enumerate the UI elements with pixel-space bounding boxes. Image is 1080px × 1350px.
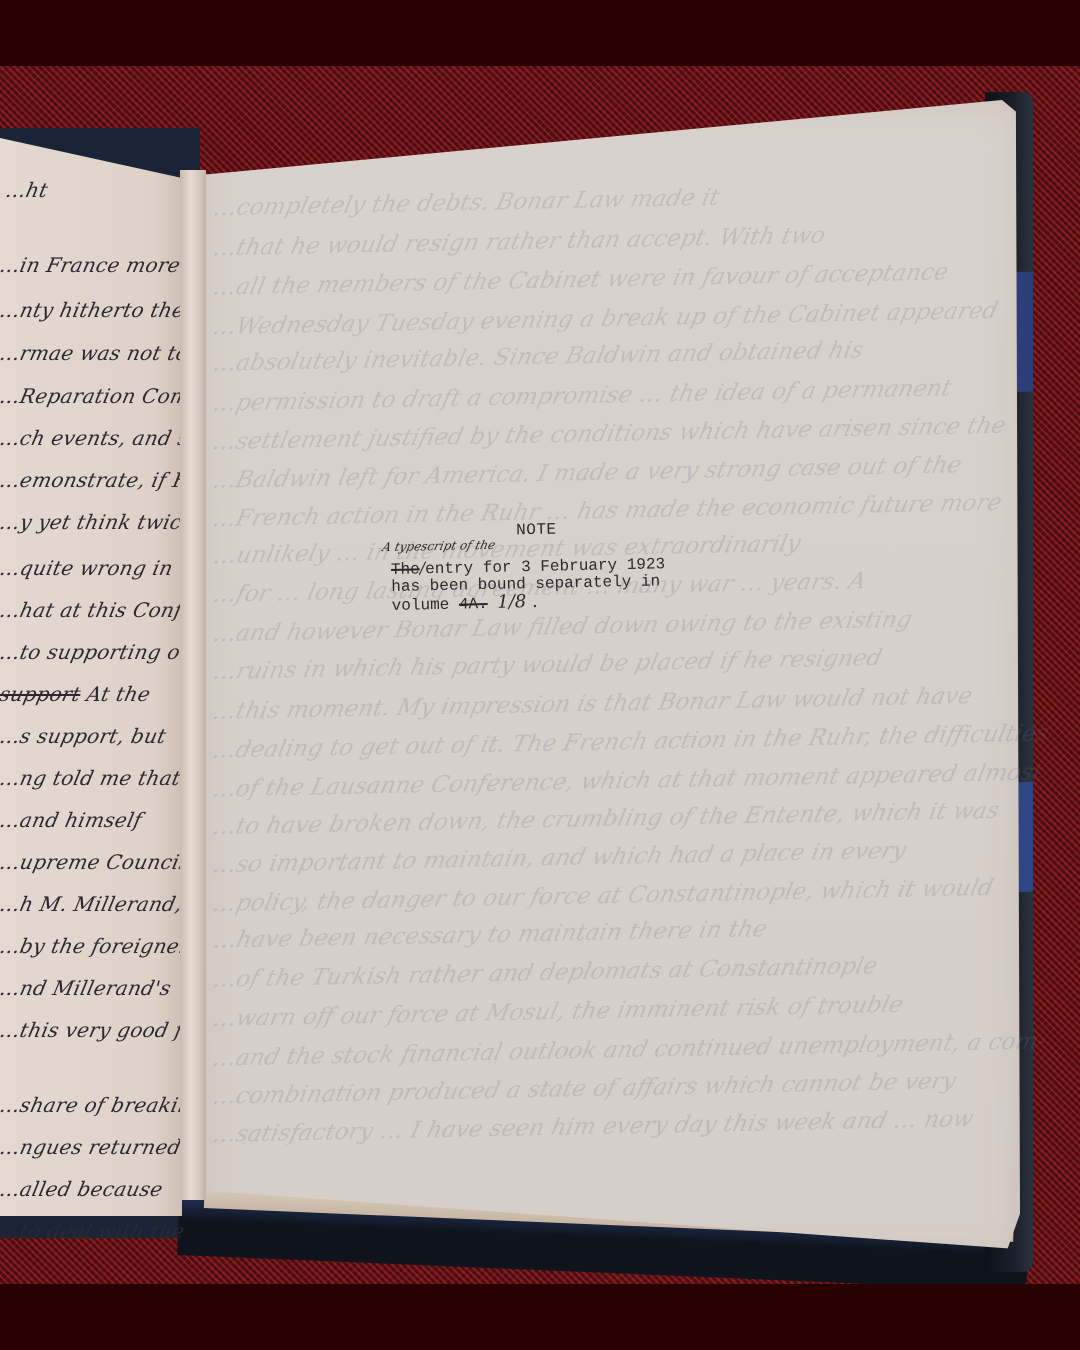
struck-text: support [0, 682, 83, 706]
book-gutter [180, 170, 206, 1200]
note-line-3-prefix: volume [392, 596, 450, 615]
handwritten-annotation: A typescript of the [380, 536, 497, 556]
bottom-border-band [0, 1284, 1080, 1350]
struck-word: The [391, 560, 420, 579]
note-line-3: volume 4A. 1/8 . [392, 593, 538, 615]
top-border-band [0, 0, 1080, 66]
handwritten-volume-number: 1/8 . [497, 591, 538, 613]
note-title: NOTE [516, 521, 557, 540]
struck-volume-number: 4A. [459, 595, 488, 614]
